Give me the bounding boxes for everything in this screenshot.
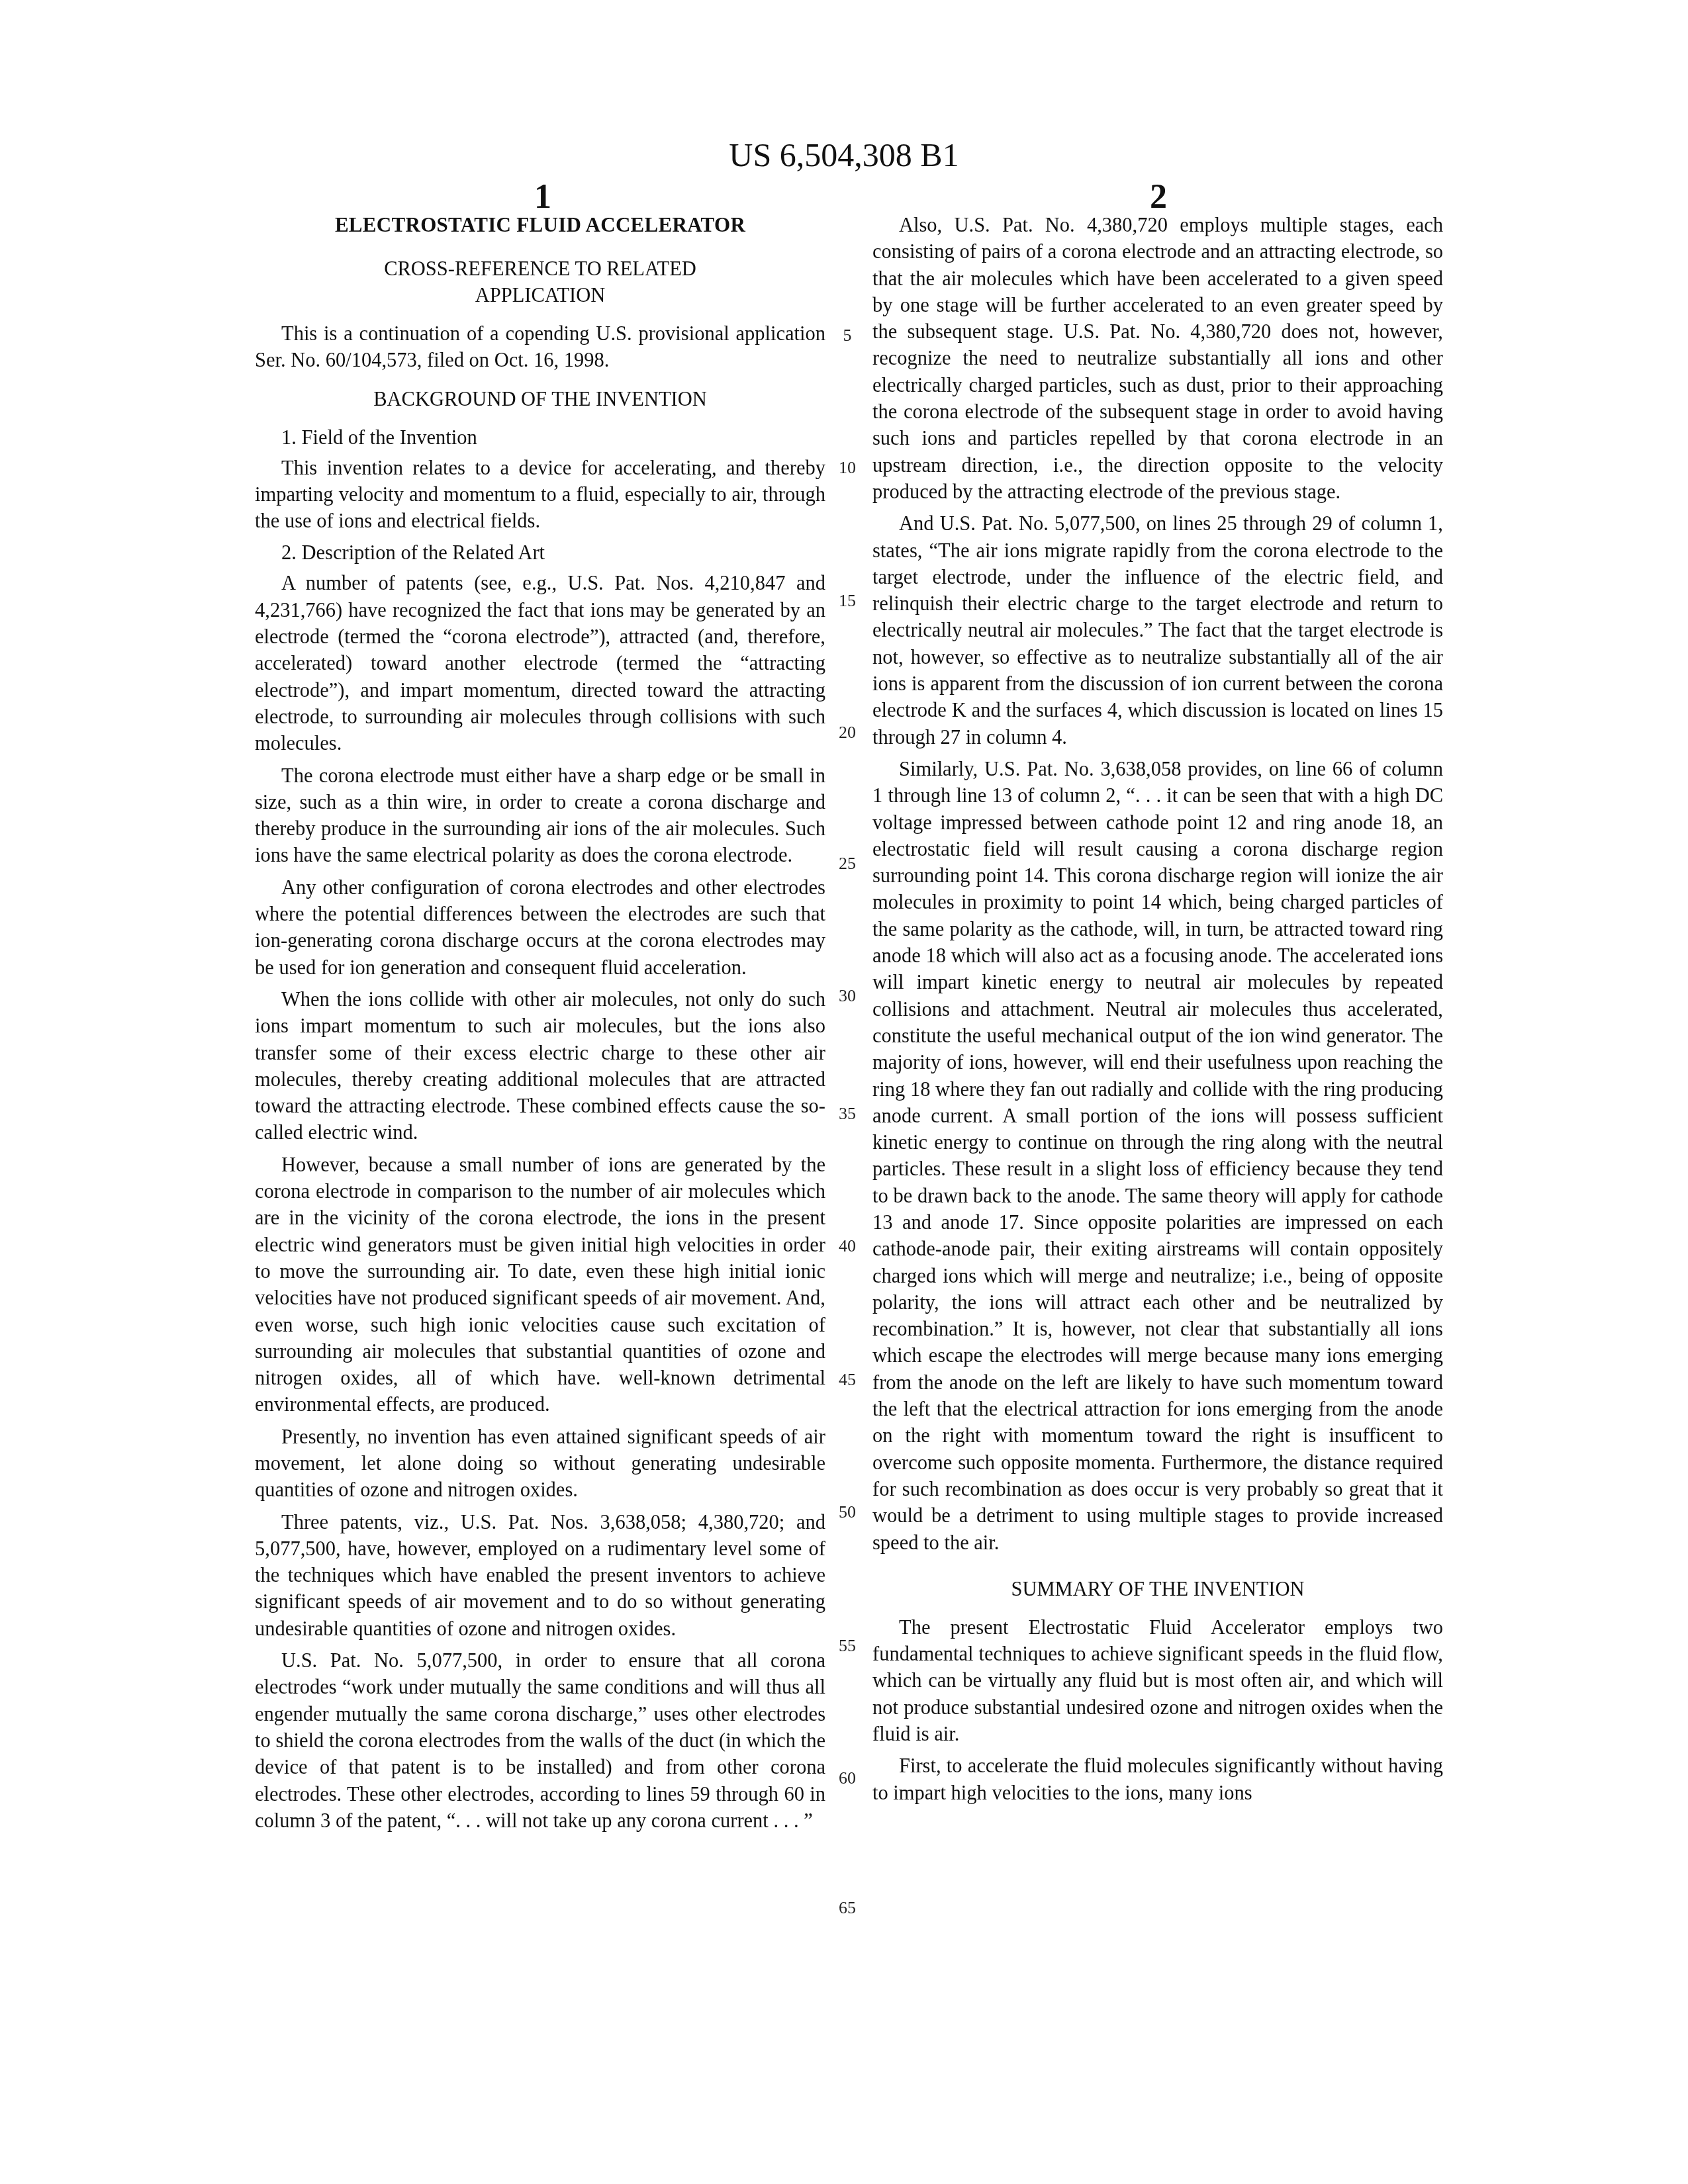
- paragraph: The corona electrode must either have a …: [255, 762, 825, 869]
- paragraph: When the ions collide with other air mol…: [255, 986, 825, 1146]
- line-number: 30: [827, 986, 867, 1006]
- paragraph: A number of patents (see, e.g., U.S. Pat…: [255, 570, 825, 756]
- paragraph: The present Electrostatic Fluid Accelera…: [872, 1614, 1443, 1747]
- line-number: 25: [827, 854, 867, 874]
- right-column: Also, U.S. Pat. No. 4,380,720 employs mu…: [872, 212, 1443, 1811]
- cross-reference-heading: CROSS-REFERENCE TO RELATED APPLICATION: [255, 255, 825, 308]
- paragraph: Three patents, viz., U.S. Pat. Nos. 3,63…: [255, 1509, 825, 1642]
- line-number: 5: [827, 326, 867, 345]
- patent-number: US 6,504,308 B1: [0, 136, 1688, 174]
- line-number: 15: [827, 591, 867, 611]
- summary-heading: SUMMARY OF THE INVENTION: [872, 1576, 1443, 1602]
- paragraph: Also, U.S. Pat. No. 4,380,720 employs mu…: [872, 212, 1443, 505]
- line-number: 10: [827, 458, 867, 478]
- column-number-left: 1: [477, 177, 609, 216]
- line-number: 55: [827, 1636, 867, 1656]
- paragraph: However, because a small number of ions …: [255, 1152, 825, 1418]
- line-number: 45: [827, 1370, 867, 1390]
- line-number: 60: [827, 1768, 867, 1788]
- paragraph: Presently, no invention has even attaine…: [255, 1424, 825, 1504]
- line-number: 20: [827, 723, 867, 743]
- field-text: This invention relates to a device for a…: [255, 455, 825, 535]
- line-number: 65: [827, 1898, 867, 1918]
- line-number: 50: [827, 1502, 867, 1522]
- line-number: 40: [827, 1236, 867, 1256]
- paragraph: And U.S. Pat. No. 5,077,500, on lines 25…: [872, 510, 1443, 751]
- field-heading: 1. Field of the Invention: [255, 424, 825, 451]
- left-column: ELECTROSTATIC FLUID ACCELERATOR CROSS-RE…: [255, 212, 825, 1839]
- cross-reference-text: This is a continuation of a copending U.…: [255, 320, 825, 374]
- document-title: ELECTROSTATIC FLUID ACCELERATOR: [255, 212, 825, 238]
- paragraph: First, to accelerate the fluid molecules…: [872, 1752, 1443, 1806]
- paragraph: U.S. Pat. No. 5,077,500, in order to ens…: [255, 1647, 825, 1834]
- paragraph: Any other configuration of corona electr…: [255, 874, 825, 981]
- related-art-heading: 2. Description of the Related Art: [255, 539, 825, 566]
- paragraph: Similarly, U.S. Pat. No. 3,638,058 provi…: [872, 756, 1443, 1556]
- column-number-right: 2: [1092, 177, 1225, 216]
- line-number: 35: [827, 1104, 867, 1124]
- background-heading: BACKGROUND OF THE INVENTION: [255, 386, 825, 412]
